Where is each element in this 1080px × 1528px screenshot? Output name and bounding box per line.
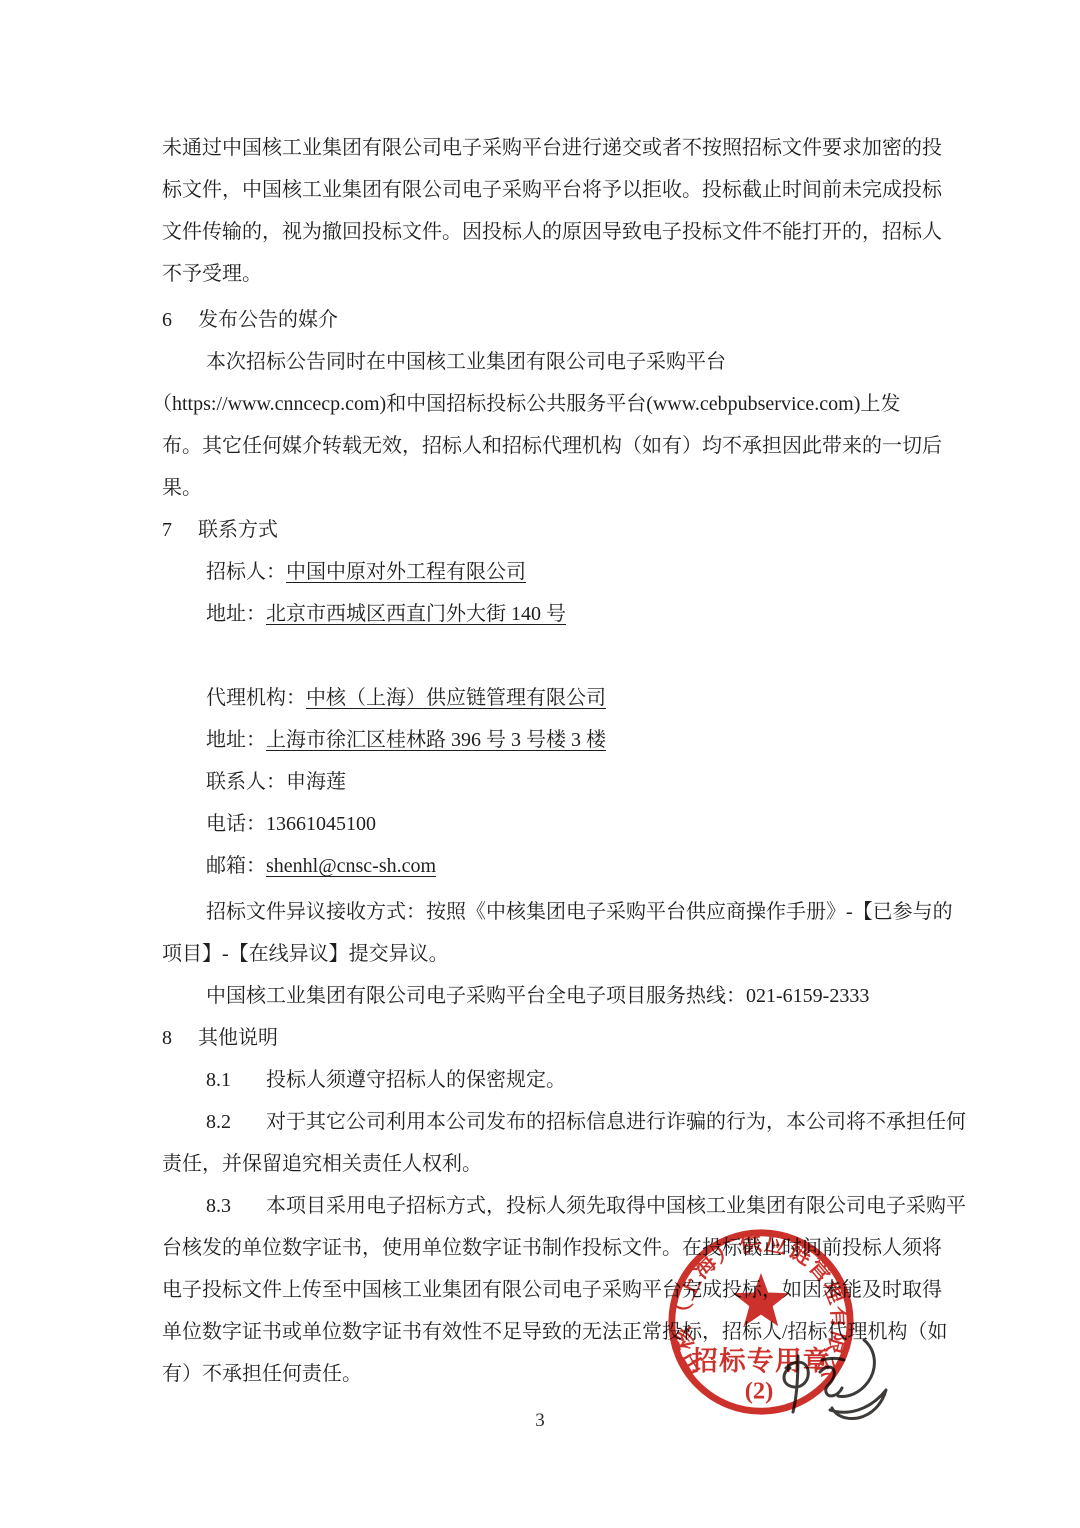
contact-email: 邮箱：shenhl@cnsc-sh.com (162, 845, 962, 887)
agency-address: 地址：上海市徐汇区桂林路 396 号 3 号楼 3 楼 (162, 719, 962, 761)
clause-text: 本项目采用电子招标方式，投标人须先取得中国核工业集团有限公司电子采购平 (266, 1195, 966, 1217)
field-value: 上海市徐汇区桂林路 396 号 3 号楼 3 楼 (266, 729, 606, 751)
tenderer-address: 地址：北京市西城区西直门外大街 140 号 (162, 593, 962, 635)
clause-number: 8.3 (206, 1185, 266, 1227)
signature-stroke-hai (820, 1359, 844, 1396)
field-label: 招标人： (206, 561, 286, 583)
media-line1: 本次招标公告同时在中国核工业集团有限公司电子采购平台 (162, 341, 962, 383)
heading-6: 6发布公告的媒介 (162, 299, 962, 341)
blank-spacer (162, 635, 962, 677)
contact-phone: 电话：13661045100 (162, 803, 962, 845)
section-number: 8 (162, 1017, 198, 1059)
objection-line1: 招标文件异议接收方式：按照《中核集团电子采购平台供应商操作手册》-【已参与的 (162, 891, 962, 933)
clause-8-2-line2: 责任，并保留追究相关责任人权利。 (162, 1143, 962, 1185)
clause-8-1: 8.1投标人须遵守招标人的保密规定。 (162, 1059, 962, 1101)
tenderer: 招标人：中国中原对外工程有限公司 (162, 551, 962, 593)
section-title: 联系方式 (198, 519, 278, 541)
clause-number: 8.2 (206, 1101, 266, 1143)
field-label: 邮箱： (206, 855, 266, 877)
clause-8-3-line1: 8.3本项目采用电子招标方式，投标人须先取得中国核工业集团有限公司电子采购平 (162, 1185, 962, 1227)
contact-person: 联系人：申海莲 (162, 761, 962, 803)
document-body: 未通过中国核工业集团有限公司电子采购平台进行递交或者不按照招标文件要求加密的投标… (162, 127, 962, 1395)
para1-line2: 标文件，中国核工业集团有限公司电子采购平台将予以拒收。投标截止时间前未完成投标 (162, 169, 962, 211)
clause-text: 对于其它公司利用本公司发布的招标信息进行诈骗的行为，本公司将不承担任何 (266, 1111, 966, 1133)
field-value: 中核（上海）供应链管理有限公司 (306, 687, 606, 709)
field-value: 申海莲 (286, 771, 346, 793)
field-value: 中国中原对外工程有限公司 (286, 561, 526, 583)
field-label: 地址： (206, 729, 266, 751)
section-title: 其他说明 (198, 1027, 278, 1049)
section-number: 7 (162, 509, 198, 551)
field-value: 北京市西城区西直门外大街 140 号 (266, 603, 566, 625)
field-label: 联系人： (206, 771, 286, 793)
media-line4: 果。 (162, 467, 962, 509)
field-value: 13661045100 (266, 813, 376, 835)
hotline: 中国核工业集团有限公司电子采购平台全电子项目服务热线：021-6159-2333 (162, 975, 962, 1017)
field-label: 电话： (206, 813, 266, 835)
clause-number: 8.1 (206, 1059, 266, 1101)
section-number: 6 (162, 299, 198, 341)
heading-7: 7联系方式 (162, 509, 962, 551)
agency: 代理机构：中核（上海）供应链管理有限公司 (162, 677, 962, 719)
star-icon (733, 1273, 789, 1326)
section-title: 发布公告的媒介 (198, 309, 338, 331)
media-line3: 布。其它任何媒介转载无效，招标人和招标代理机构（如有）均不承担因此带来的一切后 (162, 425, 962, 467)
field-label: 代理机构： (206, 687, 306, 709)
para1-line1: 未通过中国核工业集团有限公司电子采购平台进行递交或者不按照招标文件要求加密的投 (162, 127, 962, 169)
field-label: 地址： (206, 603, 266, 625)
page-number: 3 (0, 1406, 1080, 1436)
clause-text: 投标人须遵守招标人的保密规定。 (266, 1069, 566, 1091)
document-page: 未通过中国核工业集团有限公司电子采购平台进行递交或者不按照招标文件要求加密的投标… (0, 0, 1080, 1528)
objection-line2: 项目】-【在线异议】提交异议。 (162, 933, 962, 975)
clause-8-2-line1: 8.2对于其它公司利用本公司发布的招标信息进行诈骗的行为，本公司将不承担任何 (162, 1101, 962, 1143)
field-value: shenhl@cnsc-sh.com (266, 855, 436, 877)
heading-8: 8其他说明 (162, 1017, 962, 1059)
signature-stroke-shen (784, 1356, 808, 1412)
para1-line3: 文件传输的，视为撤回投标文件。因投标人的原因导致电子投标文件不能打开的，招标人 (162, 211, 962, 253)
media-line2: （https://www.cnncecp.com)和中国招标投标公共服务平台(w… (152, 383, 962, 425)
para1-line4: 不予受理。 (162, 253, 962, 295)
